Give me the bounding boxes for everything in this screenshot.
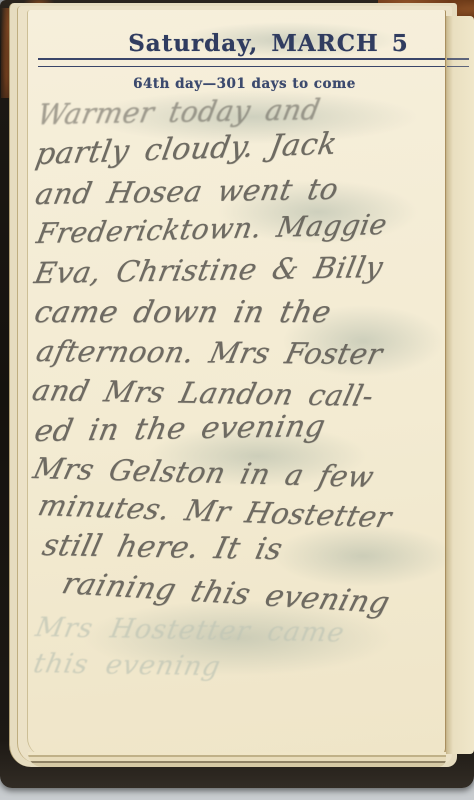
entry-line: partly cloudy. Jack bbox=[33, 126, 340, 172]
entry-line: afternoon. Mrs Foster bbox=[33, 334, 386, 371]
bleedthrough-line: this evening bbox=[31, 648, 224, 682]
page-bottom-edges bbox=[28, 752, 446, 767]
entry-line: still here. It is bbox=[39, 528, 286, 567]
scanned-diary-photo: Saturday, MARCH 5 64th day—301 days to c… bbox=[0, 0, 474, 800]
entry-line: came down in the bbox=[31, 295, 334, 330]
diary-page: Saturday, MARCH 5 64th day—301 days to c… bbox=[27, 10, 446, 756]
entry-line: and Mrs Landon call- bbox=[29, 373, 377, 413]
entry-line: Warmer today and bbox=[35, 93, 323, 131]
entry-line: ed in the evening bbox=[32, 409, 329, 449]
bleedthrough-line: Mrs Hostetter came bbox=[33, 612, 347, 648]
entry-line: minutes. Mr Hostetter bbox=[35, 488, 396, 534]
double-rule-adjacent bbox=[447, 58, 469, 67]
adjacent-page-edge bbox=[444, 16, 474, 754]
entry-line: Eva, Christine & Billy bbox=[32, 250, 386, 290]
entry-line: Fredericktown. Maggie bbox=[34, 208, 390, 250]
entry-line: and Hosea went to bbox=[33, 172, 342, 211]
entry-line: Mrs Gelston in a few bbox=[30, 451, 378, 494]
